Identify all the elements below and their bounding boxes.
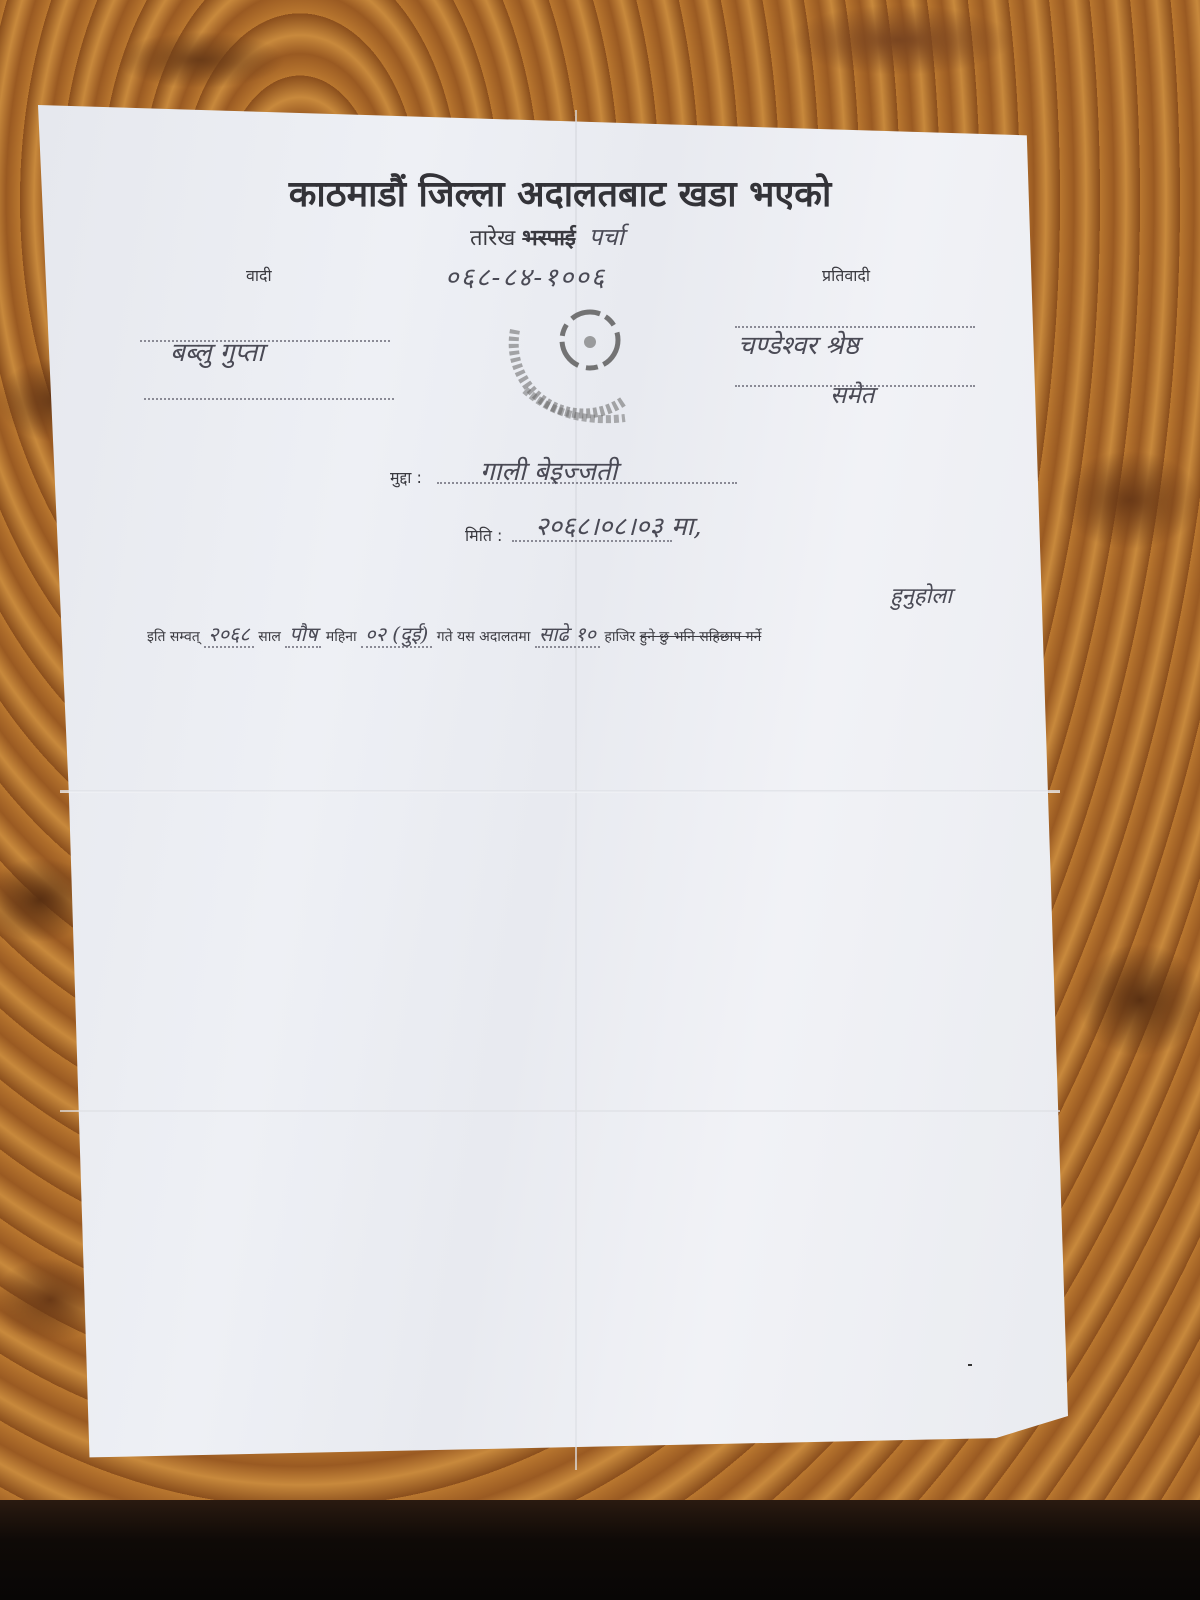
defendant-label: प्रतिवादी (822, 264, 870, 286)
plaintiff-label: वादी (246, 264, 272, 286)
subtitle-struck: भरपाई (522, 226, 575, 251)
hearing-struck-text: हुने छु भनि सहिछाप गर्ने (640, 629, 762, 645)
ink-speck (968, 1364, 972, 1366)
hearing-month-label: महिना (326, 629, 357, 645)
hearing-day: ०२ (दुई) (361, 622, 432, 648)
case-type-value: गाली बेइज्जती (480, 452, 617, 488)
date-value: २०६८।०८।०३ मा, (535, 507, 702, 543)
plaintiff-line-2 (144, 398, 394, 400)
defendant-name: चण्डेश्वर श्रेष्ठ (738, 326, 859, 362)
case-type-label: मुद्दा : (390, 466, 422, 488)
court-seal-stamp (495, 300, 645, 430)
document-subtitle: तारेख भरपाई पर्चा (470, 220, 624, 253)
case-number: ०६८-८४-१००६ (445, 258, 606, 294)
hearing-present-label: हाजिर (604, 629, 635, 645)
hearing-day-label: गते यस अदालतमा (437, 629, 531, 645)
plaintiff-name: बब्लु गुप्ता (170, 333, 264, 369)
hearing-prefix: इति सम्वत् (147, 629, 200, 645)
hearing-time: साढे १० (535, 622, 600, 648)
date-label: मिति : (465, 524, 502, 546)
hearing-statement: इति सम्वत् २०६८ साल पौष महिना ०२ (दुई) ग… (147, 620, 761, 647)
subtitle-handwritten: पर्चा (589, 223, 624, 251)
document-title: काठमाडौं जिल्ला अदालतबाट खडा भएको (230, 168, 890, 217)
subtitle-printed: तारेख (470, 226, 515, 251)
court-date-slip: काठमाडौं जिल्ला अदालतबाट खडा भएको तारेख … (0, 0, 1200, 1600)
hearing-handwritten-note: हुनुहोला (890, 580, 952, 610)
defendant-extra: समेत (830, 378, 874, 411)
hearing-year: २०६८ (204, 622, 254, 648)
hearing-year-label: साल (258, 629, 281, 645)
hearing-month: पौष (285, 622, 321, 648)
